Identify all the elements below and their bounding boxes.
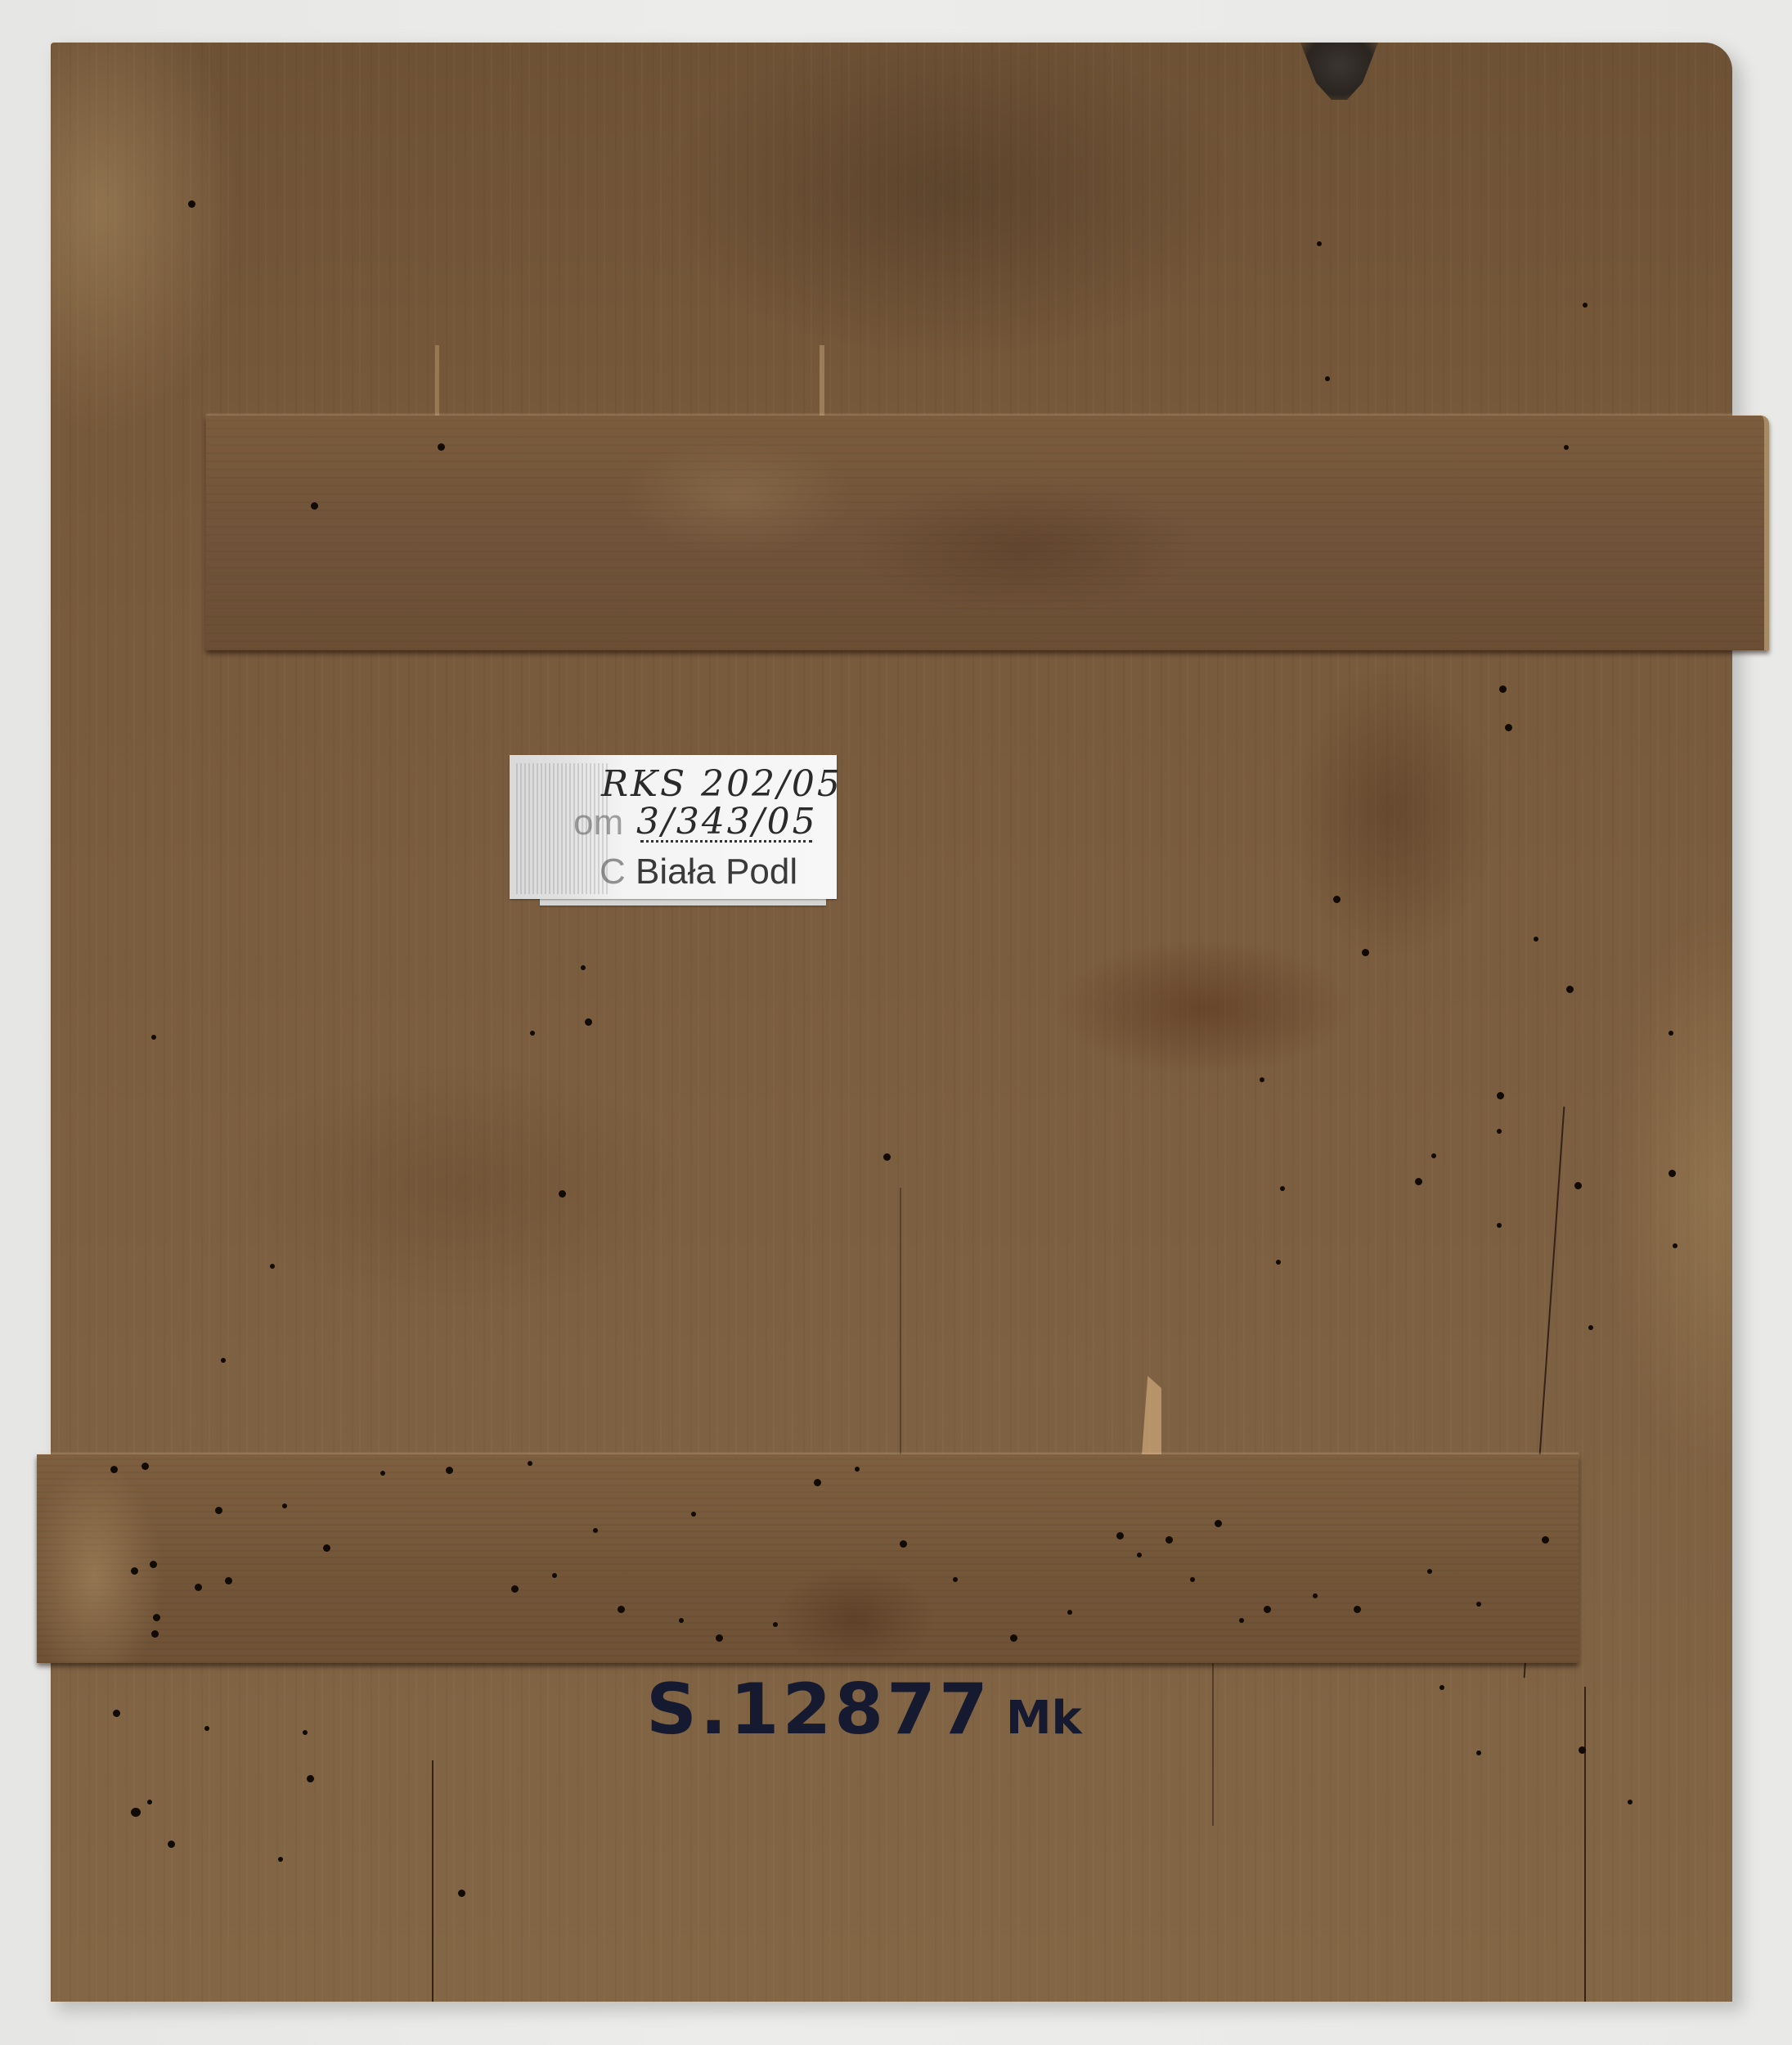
crack (1584, 1687, 1586, 2002)
wormhole (1564, 445, 1569, 450)
crack (1212, 1662, 1214, 1826)
label-faded-c: C (600, 852, 626, 892)
inventory-inscription: S.12877Mk (646, 1669, 1082, 1751)
label-place: Biała Podl (636, 852, 797, 892)
split (820, 345, 824, 419)
split (435, 345, 439, 427)
crack (432, 1760, 433, 2002)
inscription-suffix: Mk (1006, 1692, 1082, 1745)
label-line-2: 3/343/05 (636, 801, 818, 843)
top-batten (206, 416, 1769, 650)
bottom-batten (37, 1454, 1579, 1663)
inventory-label: RKS 202/05 om 3/343/05 C Biała Podl (510, 755, 837, 899)
label-line-1: RKS 202/05 (601, 763, 842, 805)
wormhole (438, 443, 445, 451)
crack (900, 1188, 901, 1499)
inscription-number: S.12877 (646, 1669, 991, 1751)
label-faded-prefix: om (573, 802, 623, 843)
label-line-3: C Biała Podl (600, 852, 797, 892)
label-dotted-line (640, 840, 812, 843)
wormhole (311, 502, 318, 510)
